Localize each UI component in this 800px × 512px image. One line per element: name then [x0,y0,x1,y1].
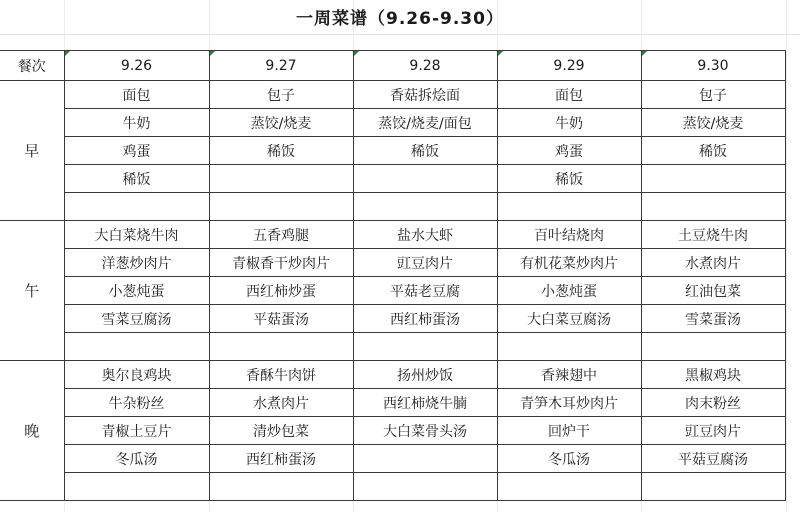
dish-cell[interactable] [641,473,785,501]
meal-column-header: 餐次 [0,51,64,81]
dish-cell[interactable]: 稀饭 [497,165,641,193]
dinner-row: 青椒土豆片清炒包菜大白菜骨头汤回炉干豇豆肉片 [0,417,785,445]
header-row: 餐次 9.26 9.27 9.28 9.29 9.30 [0,51,785,81]
meal-label-breakfast: 早 [0,81,64,221]
dish-cell[interactable]: 清炒包菜 [209,417,353,445]
dish-cell[interactable]: 奥尔良鸡块 [64,361,209,389]
dish-cell[interactable]: 五香鸡腿 [209,221,353,249]
dish-cell[interactable]: 包子 [641,81,785,109]
dish-cell[interactable]: 肉末粉丝 [641,389,785,417]
date-header[interactable]: 9.27 [209,51,353,81]
dish-cell[interactable] [64,333,209,361]
dish-cell[interactable] [353,333,497,361]
breakfast-row [0,193,785,221]
dish-cell[interactable] [64,193,209,221]
dish-cell[interactable] [353,445,497,473]
dish-cell[interactable]: 大白菜烧牛肉 [64,221,209,249]
dish-cell[interactable] [641,165,785,193]
dish-cell[interactable] [64,473,209,501]
sheet-gridline [0,34,800,35]
dinner-row [0,473,785,501]
dish-cell[interactable] [641,193,785,221]
dish-cell[interactable] [209,193,353,221]
dish-cell[interactable]: 扬州炒饭 [353,361,497,389]
dish-cell[interactable]: 包子 [209,81,353,109]
dish-cell[interactable]: 水煮肉片 [209,389,353,417]
dish-cell[interactable] [353,193,497,221]
dish-cell[interactable]: 西红柿炒蛋 [209,277,353,305]
dish-cell[interactable]: 西红柿蛋汤 [209,445,353,473]
lunch-row: 午大白菜烧牛肉五香鸡腿盐水大虾百叶结烧肉土豆烧牛肉 [0,221,785,249]
dish-cell[interactable]: 洋葱炒肉片 [64,249,209,277]
date-header[interactable]: 9.29 [497,51,641,81]
dish-cell[interactable]: 豇豆肉片 [353,249,497,277]
page-title: 一周菜谱（9.26-9.30） [0,4,800,29]
lunch-row: 洋葱炒肉片青椒香干炒肉片豇豆肉片有机花菜炒肉片水煮肉片 [0,249,785,277]
dish-cell[interactable]: 牛奶 [497,109,641,137]
breakfast-row: 稀饭稀饭 [0,165,785,193]
dish-cell[interactable]: 稀饭 [641,137,785,165]
dish-cell[interactable]: 稀饭 [64,165,209,193]
dish-cell[interactable] [497,473,641,501]
dish-cell[interactable]: 百叶结烧肉 [497,221,641,249]
dinner-row: 晚奥尔良鸡块香酥牛肉饼扬州炒饭香辣翅中黑椒鸡块 [0,361,785,389]
dish-cell[interactable]: 牛奶 [64,109,209,137]
dish-cell[interactable]: 稀饭 [209,137,353,165]
dinner-row: 牛杂粉丝水煮肉片西红柿烧牛腩青笋木耳炒肉片肉末粉丝 [0,389,785,417]
breakfast-row: 牛奶蒸饺/烧麦蒸饺/烧麦/面包牛奶蒸饺/烧麦 [0,109,785,137]
menu-table: 餐次 9.26 9.27 9.28 9.29 9.30 早面包包子香菇拆烩面面包… [0,50,786,501]
dish-cell[interactable]: 西红柿蛋汤 [353,305,497,333]
dish-cell[interactable]: 香辣翅中 [497,361,641,389]
lunch-row [0,333,785,361]
dish-cell[interactable]: 平菇蛋汤 [209,305,353,333]
dish-cell[interactable]: 稀饭 [353,137,497,165]
dish-cell[interactable]: 鸡蛋 [497,137,641,165]
dish-cell[interactable]: 豇豆肉片 [641,417,785,445]
dish-cell[interactable]: 有机花菜炒肉片 [497,249,641,277]
dish-cell[interactable]: 青椒土豆片 [64,417,209,445]
dish-cell[interactable] [353,473,497,501]
dish-cell[interactable]: 香酥牛肉饼 [209,361,353,389]
sheet-gridline [786,0,787,512]
dish-cell[interactable]: 黑椒鸡块 [641,361,785,389]
dish-cell[interactable]: 鸡蛋 [64,137,209,165]
date-header[interactable]: 9.26 [64,51,209,81]
lunch-row: 小葱炖蛋西红柿炒蛋平菇老豆腐小葱炖蛋红油包菜 [0,277,785,305]
dish-cell[interactable] [209,333,353,361]
dish-cell[interactable]: 面包 [64,81,209,109]
dish-cell[interactable] [209,165,353,193]
dish-cell[interactable]: 西红柿烧牛腩 [353,389,497,417]
dish-cell[interactable]: 雪菜蛋汤 [641,305,785,333]
dinner-row: 冬瓜汤西红柿蛋汤冬瓜汤平菇豆腐汤 [0,445,785,473]
meal-label-dinner: 晚 [0,361,64,501]
dish-cell[interactable]: 香菇拆烩面 [353,81,497,109]
dish-cell[interactable]: 面包 [497,81,641,109]
dish-cell[interactable]: 盐水大虾 [353,221,497,249]
dish-cell[interactable] [497,333,641,361]
dish-cell[interactable]: 蒸饺/烧麦 [641,109,785,137]
dish-cell[interactable] [641,333,785,361]
breakfast-row: 鸡蛋稀饭稀饭鸡蛋稀饭 [0,137,785,165]
dish-cell[interactable]: 小葱炖蛋 [64,277,209,305]
dish-cell[interactable]: 回炉干 [497,417,641,445]
dish-cell[interactable]: 蒸饺/烧麦/面包 [353,109,497,137]
dish-cell[interactable]: 小葱炖蛋 [497,277,641,305]
date-header[interactable]: 9.30 [641,51,785,81]
meal-label-lunch: 午 [0,221,64,361]
dish-cell[interactable] [353,165,497,193]
dish-cell[interactable]: 冬瓜汤 [64,445,209,473]
dish-cell[interactable]: 大白菜骨头汤 [353,417,497,445]
date-header[interactable]: 9.28 [353,51,497,81]
dish-cell[interactable]: 冬瓜汤 [497,445,641,473]
breakfast-row: 早面包包子香菇拆烩面面包包子 [0,81,785,109]
dish-cell[interactable]: 平菇老豆腐 [353,277,497,305]
dish-cell[interactable]: 青笋木耳炒肉片 [497,389,641,417]
dish-cell[interactable] [497,193,641,221]
dish-cell[interactable]: 水煮肉片 [641,249,785,277]
dish-cell[interactable]: 雪菜豆腐汤 [64,305,209,333]
dish-cell[interactable]: 蒸饺/烧麦 [209,109,353,137]
dish-cell[interactable]: 青椒香干炒肉片 [209,249,353,277]
dish-cell[interactable]: 红油包菜 [641,277,785,305]
dish-cell[interactable] [209,473,353,501]
dish-cell[interactable]: 土豆烧牛肉 [641,221,785,249]
dish-cell[interactable]: 牛杂粉丝 [64,389,209,417]
dish-cell[interactable]: 平菇豆腐汤 [641,445,785,473]
lunch-row: 雪菜豆腐汤平菇蛋汤西红柿蛋汤大白菜豆腐汤雪菜蛋汤 [0,305,785,333]
dish-cell[interactable]: 大白菜豆腐汤 [497,305,641,333]
